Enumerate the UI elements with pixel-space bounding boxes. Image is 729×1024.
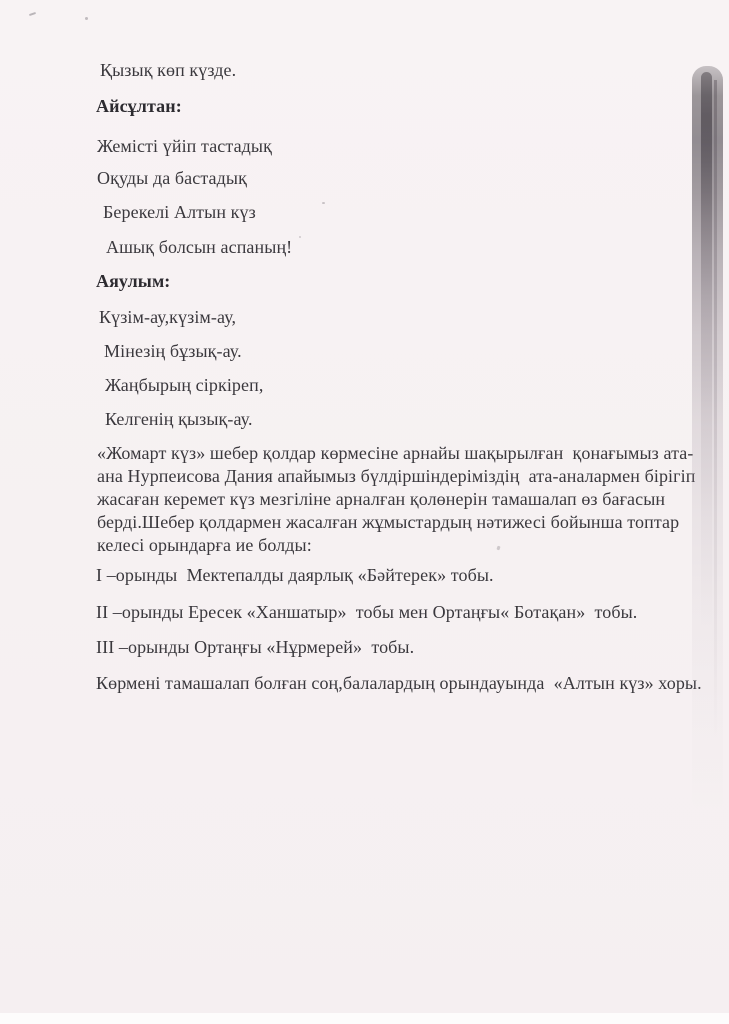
closing-line: Көрмені тамашалап болған соң,балалардың … <box>96 673 702 694</box>
result-line-third-place: III –орынды Ортаңғы «Нұрмерей» тобы. <box>96 637 414 658</box>
scan-speck <box>496 546 500 551</box>
speaker-heading-aisultan: Айсұлтан: <box>96 96 182 117</box>
paragraph-line: «Жомарт күз» шебер қолдар көрмесіне арна… <box>97 443 693 464</box>
paragraph-line: жасаған керемет күз мезгіліне арналған қ… <box>97 489 665 510</box>
poem-line: Берекелі Алтын күз <box>103 202 256 223</box>
scan-speck <box>85 17 88 20</box>
scan-speck <box>299 236 301 238</box>
result-line-second-place: II –орынды Ересек «Ханшатыр» тобы мен Ор… <box>96 602 637 623</box>
scan-speck <box>29 12 36 16</box>
poem-intro-line: Қызық көп күзде. <box>100 60 236 81</box>
paragraph-line: келесі орындарға ие болды: <box>97 535 312 556</box>
speaker-heading-ayaulym: Аяулым: <box>96 271 170 292</box>
poem-line: Күзім-ау,күзім-ау, <box>99 307 236 328</box>
paragraph-line: ана Нурпеисова Дания апайымыз бүлдіршінд… <box>97 466 695 487</box>
scanned-document-page: Қызық көп күзде. Айсұлтан: Жемісті үйіп … <box>0 0 729 1024</box>
scan-smudge-core <box>701 72 712 632</box>
poem-line: Келгенің қызық-ау. <box>105 409 253 430</box>
scan-speck <box>322 202 325 204</box>
poem-line: Жаңбырың сіркіреп, <box>105 375 263 396</box>
paragraph-line: берді.Шебер қолдармен жасалған жұмыстард… <box>97 512 679 533</box>
poem-line: Мінезің бұзық-ау. <box>104 341 242 362</box>
poem-line: Оқуды да бастадық <box>97 168 247 189</box>
result-line-first-place: I –орынды Мектепалды даярлық «Бәйтерек» … <box>96 565 494 586</box>
scan-smudge-streak <box>714 80 717 740</box>
poem-line: Жемісті үйіп тастадық <box>97 136 272 157</box>
poem-line: Ашық болсын аспаның! <box>106 237 292 258</box>
scan-background-strip <box>0 1013 729 1024</box>
